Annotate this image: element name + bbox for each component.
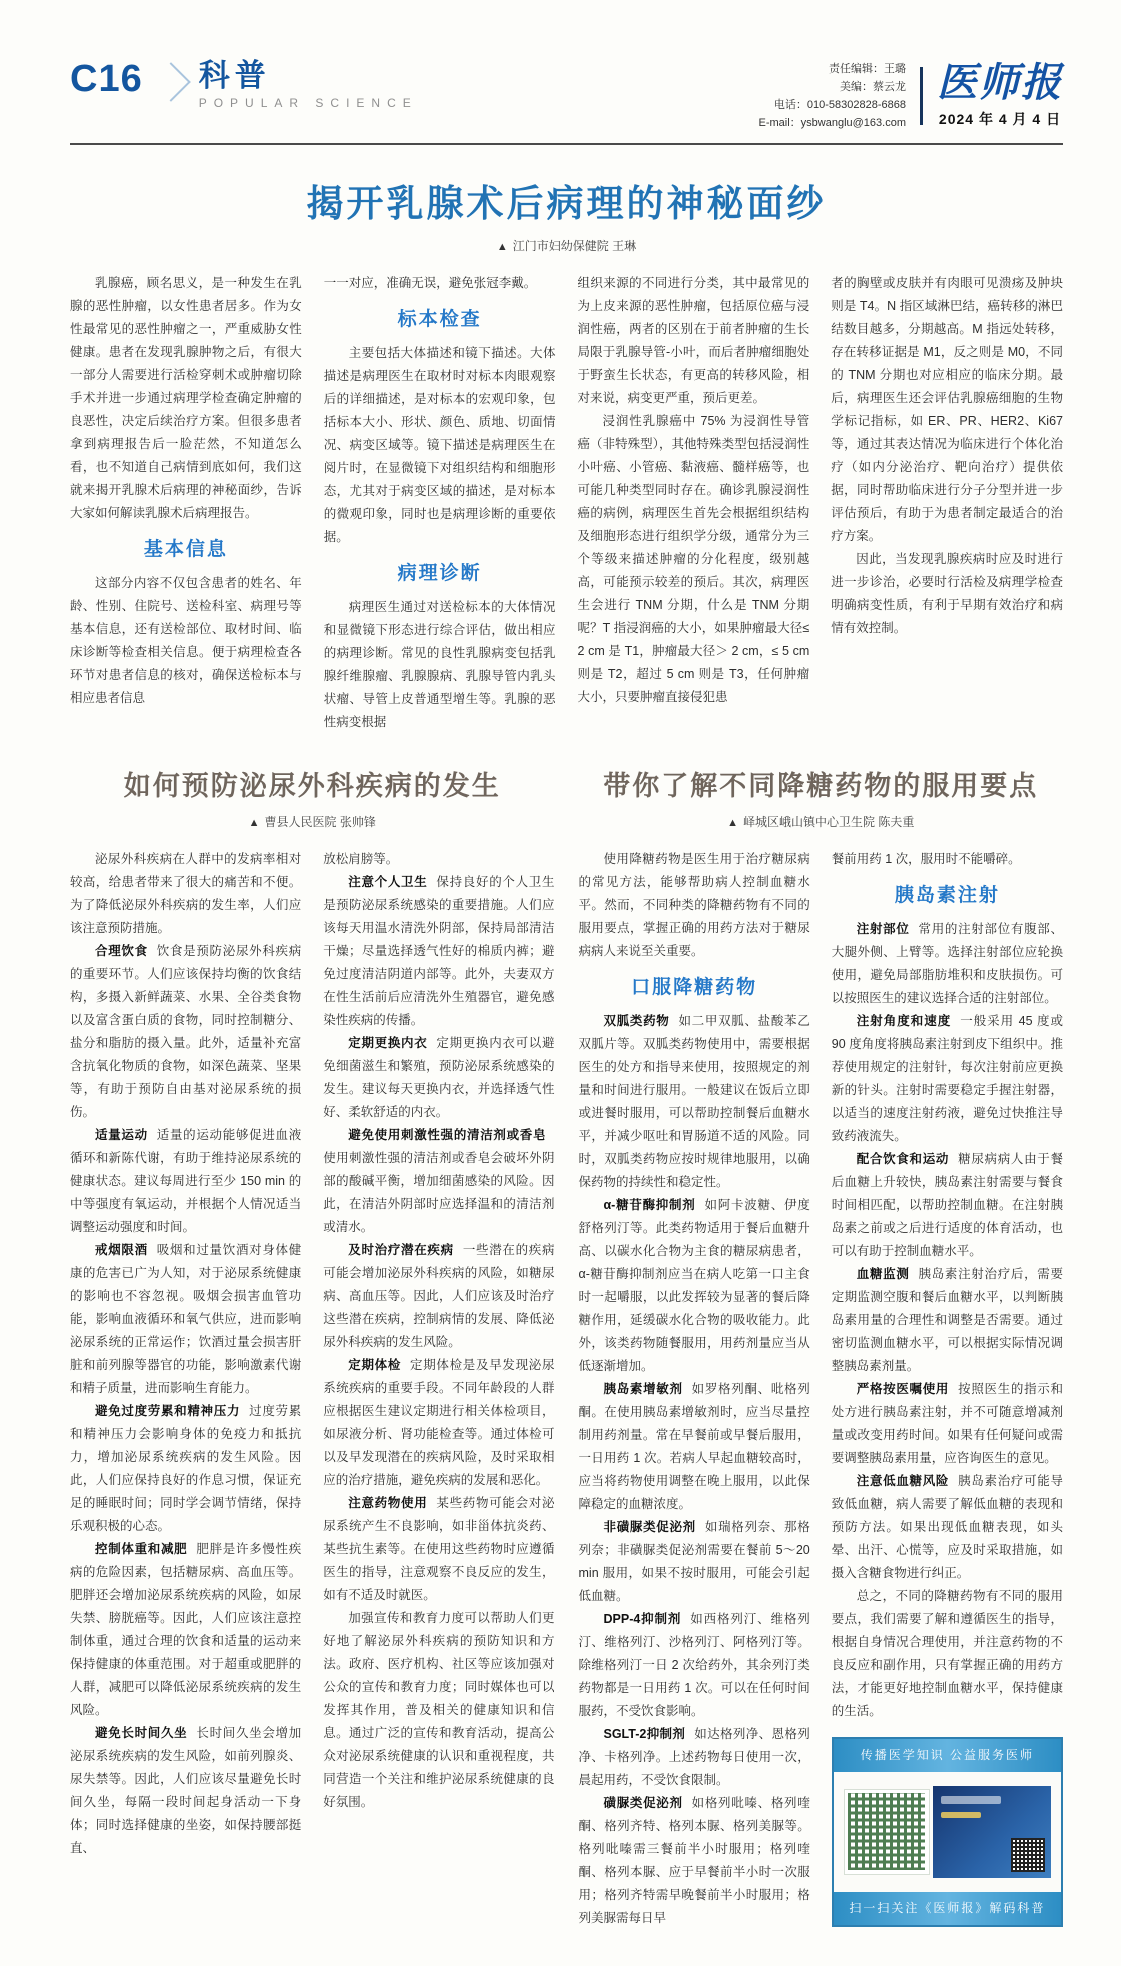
article-diabetes-title: 带你了解不同降糖药物的服用要点 bbox=[579, 764, 1064, 803]
text-column: 者的胸壁或皮肤并有肉眼可见溃疡及肿块则是 T4。N 指区域淋巴结，癌转移的淋巴结… bbox=[831, 272, 1063, 734]
paragraph-lead: 及时治疗潜在疾病 bbox=[348, 1243, 454, 1257]
paragraph: 注意低血糖风险胰岛素治疗可能导致低血糖，病人需要了解低血糖的表现和预防方法。如果… bbox=[832, 1470, 1063, 1585]
paragraph: 病理医生通过对送检标本的大体情况和显微镜下形态进行综合评估，做出相应的病理诊断。… bbox=[324, 596, 556, 734]
byline-marker-icon: ▲ bbox=[727, 817, 738, 829]
paragraph-lead: 注意低血糖风险 bbox=[857, 1474, 949, 1488]
paragraph-lead: 合理饮食 bbox=[95, 944, 148, 958]
masthead-right: 责任编辑：王璐 美编：蔡云龙 电话：010-58302828-6868 E-ma… bbox=[758, 60, 1063, 133]
section-heading: 基本信息 bbox=[70, 538, 302, 561]
paragraph-lead: 适量运动 bbox=[95, 1128, 148, 1142]
paragraph-lead: 血糖监测 bbox=[857, 1267, 910, 1281]
byline-text: 峄城区峨山镇中心卫生院 陈夫重 bbox=[743, 815, 914, 829]
text-column: 泌尿外科疾病在人群中的发病率相对较高，给患者带来了很大的痛苦和不便。为了降低泌尿… bbox=[70, 848, 301, 1860]
text-column: 乳腺癌，顾名思义，是一种发生在乳腺的恶性肿瘤，以女性患者居多。作为女性最常见的恶… bbox=[70, 272, 302, 734]
paragraph-lead: 戒烟限酒 bbox=[95, 1243, 148, 1257]
paragraph: 注射部位常用的注射部位有腹部、大腿外侧、上臂等。选择注射部位应轮换使用，避免局部… bbox=[832, 918, 1063, 1010]
section-heading: 病理诊断 bbox=[324, 562, 556, 585]
paragraph: 血糖监测胰岛素注射治疗后，需要定期监测空腹和餐后血糖水平，以判断胰岛素用量的合理… bbox=[832, 1263, 1063, 1378]
paragraph-lead: 胰岛素增敏剂 bbox=[604, 1382, 683, 1396]
article-urology-title: 如何预防泌尿外科疾病的发生 bbox=[70, 764, 555, 803]
section-banner: C16 科普 POPULAR SCIENCE bbox=[70, 60, 418, 110]
text-column: 使用降糖药物是医生用于治疗糖尿病的常见方法，能够帮助病人控制血糖水平。然而，不同… bbox=[579, 848, 810, 1930]
byline-marker-icon: ▲ bbox=[497, 241, 508, 253]
paragraph: 及时治疗潜在疾病一些潜在的疾病可能会增加泌尿外科疾病的风险，如糖尿病、高血压等。… bbox=[323, 1239, 554, 1354]
paragraph: 严格按医嘱使用按照医生的指示和处方进行胰岛素注射，并不可随意增减剂量或改变用药时… bbox=[832, 1378, 1063, 1470]
ad-bottom-banner: 扫一扫关注《医师报》解码科普 bbox=[834, 1892, 1061, 1925]
paragraph-lead: 定期更换内衣 bbox=[348, 1036, 427, 1050]
section-chevron-icon bbox=[151, 62, 191, 102]
paragraph-lead: 注意药物使用 bbox=[348, 1496, 427, 1510]
paragraph: 配合饮食和运动糖尿病病人由于餐后血糖上升较快，胰岛素注射需要与餐食时间相匹配，以… bbox=[832, 1148, 1063, 1263]
paragraph: 浸润性乳腺癌中 75% 为浸润性导管癌（非特殊型），其他特殊类型包括浸润性小叶癌… bbox=[578, 410, 810, 709]
qr-code-icon bbox=[844, 1789, 930, 1875]
paragraph: 胰岛素增敏剂如罗格列酮、吡格列酮。在使用胰岛素增敏剂时，应当尽量控制用药剂量。常… bbox=[579, 1378, 810, 1516]
paragraph-lead: 注射角度和速度 bbox=[857, 1014, 951, 1028]
article-diabetes-byline: ▲峄城区峨山镇中心卫生院 陈夫重 bbox=[579, 813, 1064, 830]
paragraph-lead: α-糖苷酶抑制剂 bbox=[604, 1198, 696, 1212]
byline-text: 曹县人民医院 张帅锋 bbox=[265, 815, 376, 829]
paragraph: 戒烟限酒吸烟和过量饮酒对身体健康的危害已广为人知，对于泌尿系统健康的影响也不容忽… bbox=[70, 1239, 301, 1400]
paragraph-lead: 注意个人卫生 bbox=[348, 875, 427, 889]
paragraph-lead: 避免长时间久坐 bbox=[95, 1726, 187, 1740]
paragraph-lead: SGLT-2抑制剂 bbox=[604, 1727, 686, 1741]
section-heading: 口服降糖药物 bbox=[579, 976, 810, 999]
paragraph: 总之，不同的降糖药物有不同的服用要点，我们需要了解和遵循医生的指导，根据自身情况… bbox=[832, 1585, 1063, 1723]
paragraph: 泌尿外科疾病在人群中的发病率相对较高，给患者带来了很大的痛苦和不便。为了降低泌尿… bbox=[70, 848, 301, 940]
paragraph: SGLT-2抑制剂如达格列净、恩格列净、卡格列净。上述药物每日使用一次，晨起用药… bbox=[579, 1723, 810, 1792]
paragraph: α-糖苷酶抑制剂如阿卡波糖、伊度舒格列汀等。此类药物适用于餐后血糖升高、以碳水化… bbox=[579, 1194, 810, 1378]
article-diabetes: 带你了解不同降糖药物的服用要点 ▲峄城区峨山镇中心卫生院 陈夫重 使用降糖药物是… bbox=[579, 764, 1064, 1930]
paragraph: 避免长时间久坐长时间久坐会增加泌尿系统疾病的发生风险，如前列腺炎、尿失禁等。因此… bbox=[70, 1722, 301, 1860]
byline-text: 江门市妇幼保健院 王琳 bbox=[513, 239, 636, 253]
email-line: E-mail：ysbwanglu@163.com bbox=[758, 114, 906, 132]
paragraph-lead: 非磺脲类促泌剂 bbox=[604, 1520, 696, 1534]
paragraph: 避免使用刺激性强的清洁剂或香皂使用刺激性强的清洁剂或香皂会破坏外阴部的酸碱平衡，… bbox=[323, 1124, 554, 1239]
paragraph: 合理饮食饮食是预防泌尿外科疾病的重要环节。人们应该保持均衡的饮食结构，多摄入新鲜… bbox=[70, 940, 301, 1124]
section-heading: 标本检查 bbox=[324, 308, 556, 331]
paragraph: 这部分内容不仅包含患者的姓名、年龄、性别、住院号、送检科室、病理号等基本信息，还… bbox=[70, 572, 302, 710]
newspaper-brand: 医师报 2024 年 4 月 4 日 bbox=[937, 63, 1063, 129]
byline-marker-icon: ▲ bbox=[249, 817, 260, 829]
paragraph-lead: 避免过度劳累和精神压力 bbox=[95, 1404, 240, 1418]
text-column: 组织来源的不同进行分类，其中最常见的为上皮来源的恶性肿瘤，包括原位癌与浸润性癌，… bbox=[578, 272, 810, 734]
article-main: 揭开乳腺术后病理的神秘面纱 ▲江门市妇幼保健院 王琳 乳腺癌，顾名思义，是一种发… bbox=[70, 173, 1063, 734]
paragraph: 磺脲类促泌剂如格列吡嗪、格列喹酮、格列齐特、格列本脲、格列美脲等。格列吡嗪需三餐… bbox=[579, 1792, 810, 1930]
section-title-cn: 科普 bbox=[199, 60, 418, 91]
article-main-columns: 乳腺癌，顾名思义，是一种发生在乳腺的恶性肿瘤，以女性患者居多。作为女性最常见的恶… bbox=[70, 272, 1063, 734]
paragraph-lead: DPP-4抑制剂 bbox=[604, 1612, 682, 1626]
section-heading: 胰岛素注射 bbox=[832, 884, 1063, 907]
paragraph: 非磺脲类促泌剂如瑞格列奈、那格列奈；非磺脲类促泌剂需要在餐前 5～20 min … bbox=[579, 1516, 810, 1608]
paragraph-lead: 定期体检 bbox=[348, 1358, 401, 1372]
paragraph: 适量运动适量的运动能够促进血液循环和新陈代谢，有助于维持泌尿系统的健康状态。建议… bbox=[70, 1124, 301, 1239]
page-number: C16 bbox=[70, 60, 143, 98]
paragraph-lead: 磺脲类促泌剂 bbox=[604, 1796, 683, 1810]
paragraph: 餐前用药 1 次，服用时不能嚼碎。 bbox=[832, 848, 1063, 871]
paragraph: 组织来源的不同进行分类，其中最常见的为上皮来源的恶性肿瘤，包括原位癌与浸润性癌，… bbox=[578, 272, 810, 410]
text-column: 放松肩膀等。注意个人卫生保持良好的个人卫生是预防泌尿系统感染的重要措施。人们应该… bbox=[323, 848, 554, 1860]
text-column: 餐前用药 1 次，服用时不能嚼碎。胰岛素注射注射部位常用的注射部位有腹部、大腿外… bbox=[832, 848, 1063, 1930]
paragraph: 注意个人卫生保持良好的个人卫生是预防泌尿系统感染的重要措施。人们应该每天用温水清… bbox=[323, 871, 554, 1032]
paragraph: 避免过度劳累和精神压力过度劳累和精神压力会影响身体的免疫力和抵抗力，增加泌尿系统… bbox=[70, 1400, 301, 1538]
lower-articles-row: 如何预防泌尿外科疾病的发生 ▲曹县人民医院 张帅锋 泌尿外科疾病在人群中的发病率… bbox=[70, 764, 1063, 1930]
paragraph: 定期体检定期体检是及早发现泌尿系统疾病的重要手段。不同年龄段的人群应根据医生建议… bbox=[323, 1354, 554, 1492]
section-title-en: POPULAR SCIENCE bbox=[199, 96, 418, 110]
art-editor-line: 美编：蔡云龙 bbox=[758, 78, 906, 96]
editor-line: 责任编辑：王璐 bbox=[758, 60, 906, 78]
paragraph: 乳腺癌，顾名思义，是一种发生在乳腺的恶性肿瘤，以女性患者居多。作为女性最常见的恶… bbox=[70, 272, 302, 525]
masthead-divider bbox=[920, 67, 923, 125]
paragraph: 双胍类药物如二甲双胍、盐酸苯乙双胍片等。双胍类药物使用中，需要根据医生的处方和指… bbox=[579, 1010, 810, 1194]
promo-ad-box: 传播医学知识 公益服务医师 扫一扫关注《医师报》解码科普 bbox=[832, 1737, 1063, 1927]
paragraph-lead: 双胍类药物 bbox=[604, 1014, 670, 1028]
paragraph: 加强宣传和教育力度可以帮助人们更好地了解泌尿外科疾病的预防知识和方法。政府、医疗… bbox=[323, 1607, 554, 1814]
phone-line: 电话：010-58302828-6868 bbox=[758, 96, 906, 114]
article-urology: 如何预防泌尿外科疾病的发生 ▲曹县人民医院 张帅锋 泌尿外科疾病在人群中的发病率… bbox=[70, 764, 555, 1930]
paragraph: 注射角度和速度一般采用 45 度或 90 度角度将胰岛素注射到皮下组织中。推荐使… bbox=[832, 1010, 1063, 1148]
paragraph: 者的胸壁或皮肤并有肉眼可见溃疡及肿块则是 T4。N 指区域淋巴结，癌转移的淋巴结… bbox=[831, 272, 1063, 548]
paragraph: 控制体重和减肥肥胖是许多慢性疾病的危险因素，包括糖尿病、高血压等。肥胖还会增加泌… bbox=[70, 1538, 301, 1722]
paragraph: 主要包括大体描述和镜下描述。大体描述是病理医生在取材时对标本肉眼观察后的详细描述… bbox=[324, 342, 556, 549]
newspaper-page: C16 科普 POPULAR SCIENCE 责任编辑：王璐 美编：蔡云龙 电话… bbox=[0, 0, 1121, 1966]
ad-body bbox=[834, 1772, 1061, 1892]
editor-contact-block: 责任编辑：王璐 美编：蔡云龙 电话：010-58302828-6868 E-ma… bbox=[758, 60, 906, 133]
article-main-title: 揭开乳腺术后病理的神秘面纱 bbox=[70, 173, 1063, 227]
paragraph-lead: 严格按医嘱使用 bbox=[857, 1382, 949, 1396]
paragraph: 一一对应，准确无误，避免张冠李戴。 bbox=[324, 272, 556, 295]
paragraph: DPP-4抑制剂如西格列汀、维格列汀、维格列汀、沙格列汀、阿格列汀等。除维格列汀… bbox=[579, 1608, 810, 1723]
article-main-byline: ▲江门市妇幼保健院 王琳 bbox=[70, 237, 1063, 254]
article-urology-columns: 泌尿外科疾病在人群中的发病率相对较高，给患者带来了很大的痛苦和不便。为了降低泌尿… bbox=[70, 848, 555, 1860]
paragraph: 放松肩膀等。 bbox=[323, 848, 554, 871]
paragraph: 注意药物使用某些药物可能会对泌尿系统产生不良影响，如非甾体抗炎药、某些抗生素等。… bbox=[323, 1492, 554, 1607]
paragraph-lead: 控制体重和减肥 bbox=[95, 1542, 187, 1556]
paragraph: 定期更换内衣定期更换内衣可以避免细菌滋生和繁殖，预防泌尿系统感染的发生。建议每天… bbox=[323, 1032, 554, 1124]
paragraph: 因此，当发现乳腺疾病时应及时进行进一步诊治，必要时行活检及病理学检查明确病变性质… bbox=[831, 548, 1063, 640]
paragraph-lead: 注射部位 bbox=[857, 922, 910, 936]
header-rule bbox=[70, 143, 1063, 145]
paragraph: 使用降糖药物是医生用于治疗糖尿病的常见方法，能够帮助病人控制血糖水平。然而，不同… bbox=[579, 848, 810, 963]
newspaper-logo: 医师报 bbox=[937, 63, 1063, 103]
text-column: 一一对应，准确无误，避免张冠李戴。标本检查主要包括大体描述和镜下描述。大体描述是… bbox=[324, 272, 556, 734]
paragraph-lead: 配合饮食和运动 bbox=[857, 1152, 949, 1166]
qr-code-icon bbox=[1011, 1838, 1045, 1872]
masthead: C16 科普 POPULAR SCIENCE 责任编辑：王璐 美编：蔡云龙 电话… bbox=[70, 60, 1063, 133]
ad-top-banner: 传播医学知识 公益服务医师 bbox=[834, 1739, 1061, 1772]
article-urology-byline: ▲曹县人民医院 张帅锋 bbox=[70, 813, 555, 830]
paragraph-lead: 避免使用刺激性强的清洁剂或香皂 bbox=[348, 1128, 545, 1142]
promo-image bbox=[933, 1786, 1051, 1878]
issue-date: 2024 年 4 月 4 日 bbox=[937, 109, 1063, 129]
article-diabetes-columns: 使用降糖药物是医生用于治疗糖尿病的常见方法，能够帮助病人控制血糖水平。然而，不同… bbox=[579, 848, 1064, 1930]
